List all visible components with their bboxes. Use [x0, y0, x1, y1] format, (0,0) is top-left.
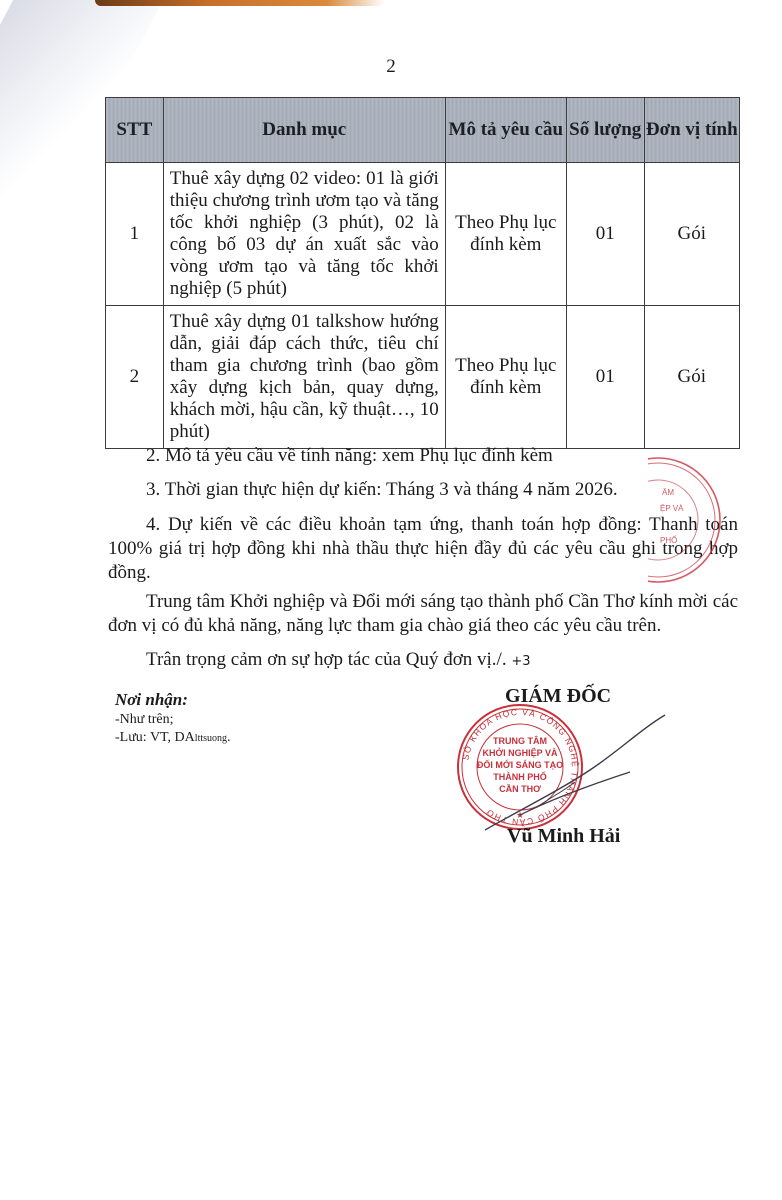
- scan-edge-artifact: [95, 0, 385, 6]
- cell-stt: 1: [106, 163, 164, 306]
- recipient-suffix: lttsuong: [195, 733, 227, 744]
- recipient-archive: -Lưu: VT, DA: [115, 730, 195, 745]
- requirements-table: STT Danh mục Mô tả yêu cầu Số lượng Đơn …: [105, 97, 740, 449]
- item-4-payment-terms: 4. Dự kiến về các điều khoản tạm ứng, th…: [108, 513, 738, 585]
- cell-unit: Gói: [644, 306, 739, 449]
- header-category: Danh mục: [163, 98, 445, 163]
- page-number: 2: [0, 56, 782, 78]
- table-row: 1 Thuê xây dựng 02 video: 01 là giới thi…: [106, 163, 740, 306]
- svg-text:PHỐ: PHỐ: [660, 535, 677, 545]
- cell-quantity: 01: [566, 306, 644, 449]
- cell-category: Thuê xây dựng 01 talkshow hướng dẫn, giả…: [163, 306, 445, 449]
- thanks-line: Trân trọng cảm ơn sự hợp tác của Quý đơn…: [108, 648, 738, 674]
- invitation-paragraph: Trung tâm Khởi nghiệp và Đổi mới sáng tạ…: [108, 590, 738, 638]
- header-description: Mô tả yêu cầu: [445, 98, 566, 163]
- header-unit: Đơn vị tính: [644, 98, 739, 163]
- initials-mark: +3: [511, 654, 530, 669]
- item-3-timeline: 3. Thời gian thực hiện dự kiến: Tháng 3 …: [108, 478, 738, 502]
- cell-description: Theo Phụ lục đính kèm: [445, 306, 566, 449]
- recipient-item: -Như trên;: [115, 711, 174, 729]
- cell-quantity: 01: [566, 163, 644, 306]
- table-row: 2 Thuê xây dựng 01 talkshow hướng dẫn, g…: [106, 306, 740, 449]
- table-header-row: STT Danh mục Mô tả yêu cầu Số lượng Đơn …: [106, 98, 740, 163]
- cell-unit: Gói: [644, 163, 739, 306]
- signatory-name: Vũ Minh Hải: [507, 825, 620, 848]
- header-stt: STT: [106, 98, 164, 163]
- cell-stt: 2: [106, 306, 164, 449]
- header-quantity: Số lượng: [566, 98, 644, 163]
- header-unit-text: Đơn vị tính: [646, 119, 738, 140]
- item-2-features: 2. Mô tả yêu cầu về tính năng: xem Phụ l…: [108, 444, 738, 468]
- svg-text:ỆP VÀ: ỆP VÀ: [660, 504, 684, 513]
- svg-text:ÂM: ÂM: [662, 488, 674, 497]
- recipients-title: Nơi nhận:: [115, 690, 188, 710]
- partial-stamp-icon: ÂM ỆP VÀ PHỐ: [648, 455, 738, 585]
- header-quantity-text: Số lượng: [569, 119, 641, 140]
- recipient-item: -Lưu: VT, DAlttsuong.: [115, 729, 231, 748]
- cell-description: Theo Phụ lục đính kèm: [445, 163, 566, 306]
- header-description-text: Mô tả yêu cầu: [449, 119, 564, 140]
- thanks-text: Trân trọng cảm ơn sự hợp tác của Quý đơn…: [146, 649, 507, 670]
- recipient-end: .: [227, 730, 231, 745]
- cell-category: Thuê xây dựng 02 video: 01 là giới thiệu…: [163, 163, 445, 306]
